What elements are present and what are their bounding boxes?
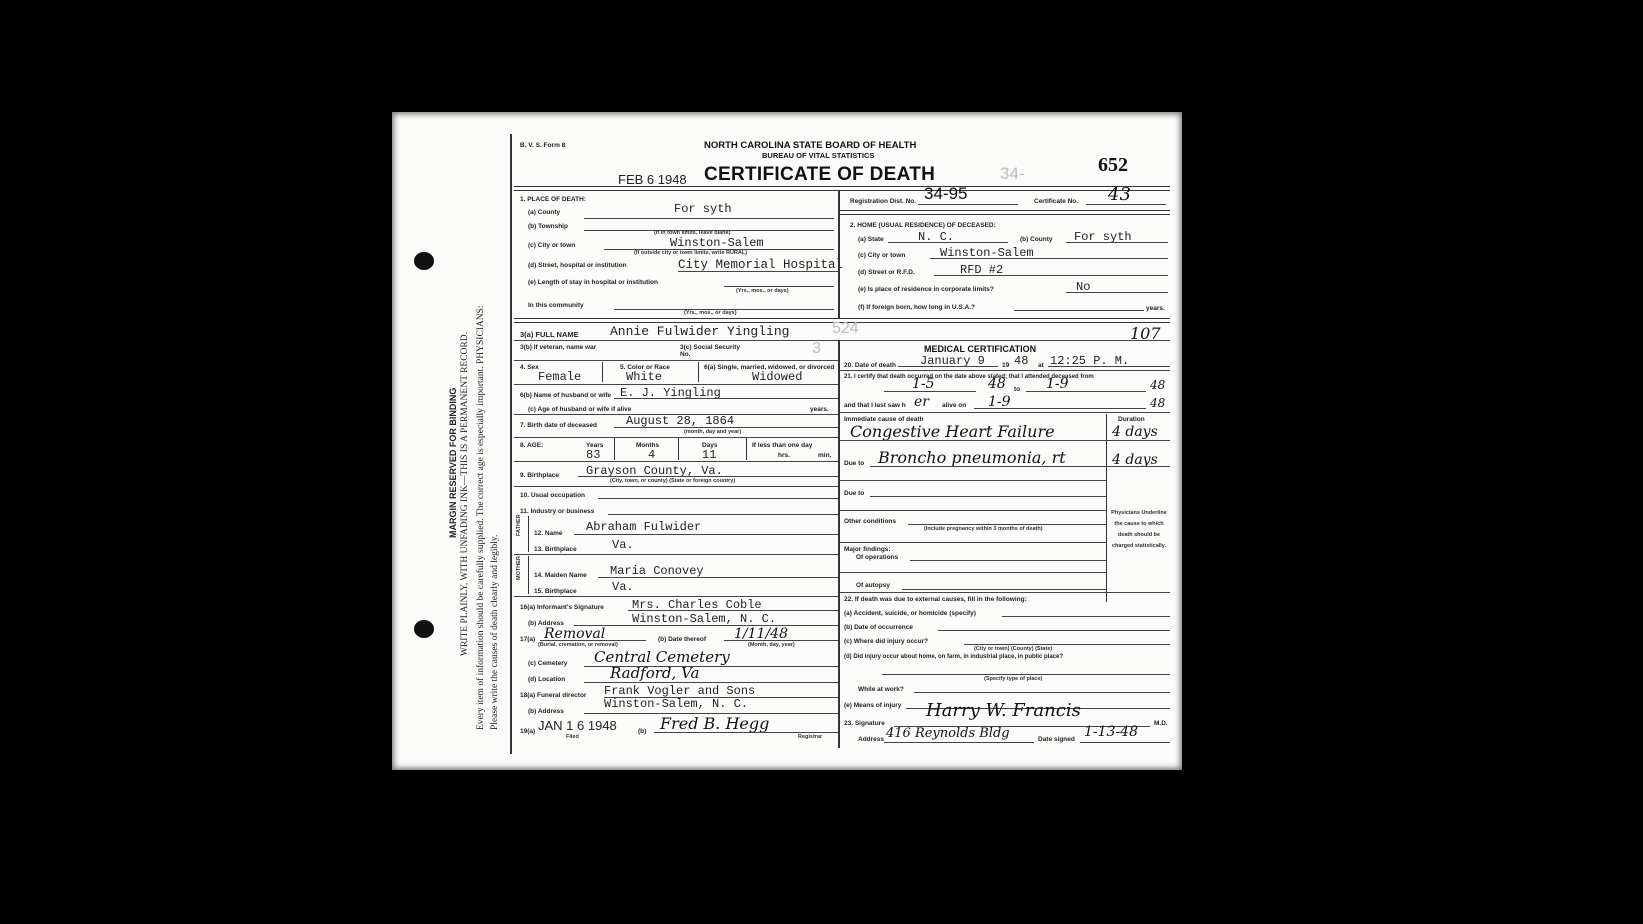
margin-instruction: Please write the causes of death clearly…	[490, 535, 500, 730]
received-stamp: FEB 6 1948	[618, 172, 687, 187]
marital-status: Widowed	[752, 370, 802, 384]
mother-maiden-name: Maria Conovey	[610, 564, 704, 578]
binder-hole	[414, 252, 434, 270]
father-birthplace: Va.	[612, 538, 634, 552]
contributing-cause: Broncho pneumonia, rt	[878, 448, 1066, 467]
certificate-number: 43	[1108, 184, 1131, 205]
death-institution: City Memorial Hospital	[678, 258, 843, 272]
death-city: Winston-Salem	[670, 236, 764, 250]
document-title: CERTIFICATE OF DEATH	[704, 164, 935, 186]
birth-date: August 28, 1864	[626, 414, 734, 428]
margin-instruction: WRITE PLAINLY, WITH UNFADING INK—THIS IS…	[460, 332, 470, 656]
age-years: 83	[586, 448, 600, 462]
agency-name: NORTH CAROLINA STATE BOARD OF HEALTH	[704, 140, 916, 151]
attended-to-year: 48	[1150, 378, 1165, 392]
page-number: 652	[1098, 154, 1128, 177]
attended-from: 1-5	[912, 376, 935, 392]
death-certificate-page: MARGIN RESERVED FOR BINDING WRITE PLAINL…	[392, 112, 1182, 770]
medical-certification-heading: MEDICAL CERTIFICATION	[924, 344, 1036, 354]
immediate-cause-duration: 4 days	[1112, 424, 1158, 440]
physician-signature: Harry W. Francis	[926, 700, 1081, 721]
attended-to: 1-9	[1046, 376, 1069, 392]
race-value: White	[626, 370, 662, 384]
binder-hole	[414, 620, 434, 638]
form-id: B. V. S. Form 8	[520, 142, 565, 149]
age-months: 4	[648, 448, 655, 462]
last-saw-pronoun: er	[914, 394, 929, 410]
death-county: For syth	[674, 202, 732, 216]
registrar-signature: Fred B. Hegg	[660, 714, 769, 733]
sex-value: Female	[538, 370, 581, 384]
registration-number: 34-95	[924, 184, 967, 204]
physician-address: 416 Reynolds Bldg	[886, 726, 1010, 741]
pencil-note: 34-	[1000, 164, 1025, 184]
cemetery-location: Radford, Va	[610, 664, 699, 682]
age-days: 11	[702, 448, 716, 462]
margin-divider	[510, 134, 512, 754]
certificate-form: B. V. S. Form 8 NORTH CAROLINA STATE BOA…	[514, 134, 1170, 754]
date-signed: 1-13-48	[1084, 724, 1138, 740]
informant-address: Winston-Salem, N. C.	[632, 612, 776, 626]
mother-birthplace: Va.	[612, 580, 634, 594]
death-year: 48	[1014, 354, 1028, 368]
bureau-name: BUREAU OF VITAL STATISTICS	[762, 151, 874, 160]
deceased-full-name: Annie Fulwider Yingling	[610, 324, 789, 339]
physician-underline-note: Physicians Underline the cause to which …	[1110, 508, 1168, 552]
father-name: Abraham Fulwider	[586, 520, 701, 534]
immediate-cause: Congestive Heart Failure	[850, 422, 1055, 441]
funeral-director: Frank Vogler and Sons	[604, 684, 755, 698]
pencil-code: 524	[832, 320, 859, 338]
funeral-director-address: Winston-Salem, N. C.	[604, 697, 748, 711]
margin-instruction: Every item of information should be care…	[476, 305, 486, 730]
filed-date-stamp: JAN 1 6 1948	[538, 718, 617, 733]
attended-from-year: 48	[988, 376, 1006, 392]
margin-binding-note: MARGIN RESERVED FOR BINDING	[448, 388, 458, 538]
